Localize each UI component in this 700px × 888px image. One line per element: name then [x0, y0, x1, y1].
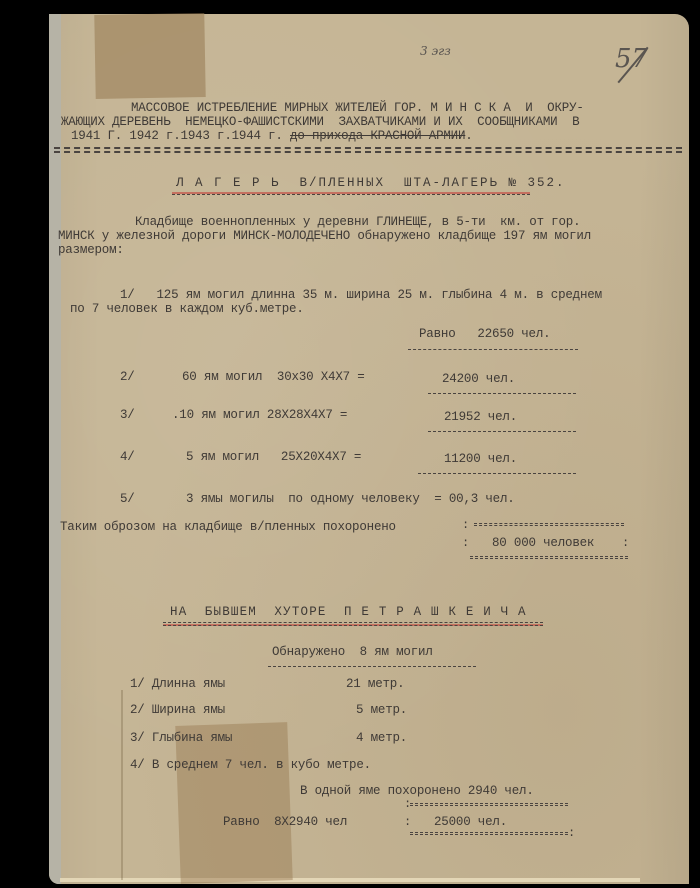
item1-result: Равно 22650 чел. — [419, 327, 550, 341]
equals-label: Равно 8Х2940 чел — [223, 815, 347, 829]
item1-line-2: по 7 человек в каждом куб.метре. — [70, 302, 304, 316]
total-box-bottom — [470, 556, 628, 559]
header-line-2: ЖАЮЩИХ ДЕРЕВЕНЬ НЕМЕЦКО-ФАШИСТСКИМИ ЗАХВ… — [61, 115, 579, 129]
per-pit-line: В одной яме похоронено 2940 чел. — [300, 784, 534, 798]
page-bottom-edge — [60, 878, 640, 882]
intro-line-3: размером: — [58, 243, 124, 257]
density-line: 4/ В среднем 7 чел. в кубо метре. — [130, 758, 371, 772]
item2-result: 24200 чел. — [442, 372, 515, 386]
intro-line-2: МИНСК у железной дороги МИНСК-МОЛОДЕЧЕНО… — [58, 229, 591, 243]
box-top — [410, 803, 568, 806]
width-label: 2/ Ширина ямы — [130, 703, 225, 717]
box-bottom — [410, 832, 568, 835]
depth-label: 3/ Глыбина ямы — [130, 731, 232, 745]
item3-result: 21952 чел. — [444, 410, 517, 424]
pencil-note: 3 эгз — [420, 44, 451, 58]
length-value: 21 метр. — [346, 677, 404, 691]
tape-top — [94, 13, 205, 99]
intro-line-1: Кладбище военнопленных у деревни ГЛИНЕЩЕ… — [135, 215, 580, 229]
length-label: 1/ Длинна ямы — [130, 677, 225, 691]
item2-num: 2/ — [120, 370, 135, 384]
box-colon: : — [462, 536, 469, 550]
item1-line-1: 1/ 125 ям могил длинна 35 м. ширина 25 м… — [120, 288, 602, 302]
subtitle-underline — [268, 666, 476, 667]
header-double-rule — [54, 147, 682, 153]
equals-value: 25000 чел. — [434, 815, 507, 829]
result-underline — [418, 473, 576, 474]
item3-text: .10 ям могил 28Х28Х4Х7 = — [172, 408, 347, 422]
header-line-1: МАССОВОЕ ИСТРЕБЛЕНИЕ МИРНЫХ ЖИТЕЛЕЙ ГОР.… — [131, 101, 584, 115]
box-colon: : — [568, 826, 575, 840]
item5-num: 5/ — [120, 492, 135, 506]
total-label: Таким оброзом на кладбище в/пленных похо… — [60, 520, 396, 534]
section1-title: Л А Г Е Р Ь В/ПЛЕННЫХ ШТА-ЛАГЕРЬ № 352. — [176, 176, 566, 190]
item2-text: 60 ям могил 30х30 Х4Х7 = — [182, 370, 365, 384]
depth-value: 4 метр. — [356, 731, 407, 745]
item4-text: 5 ям могил 25Х20Х4Х7 = — [186, 450, 361, 464]
item5-text: 3 ямы могилы по одному человеку = 00,3 ч… — [186, 492, 515, 506]
item4-num: 4/ — [120, 450, 135, 464]
header-line-3: 1941 Г. 1942 г.1943 г.1944 г. до прихода… — [71, 129, 473, 143]
title-underline — [172, 194, 530, 195]
page-number: 57 — [615, 44, 648, 74]
box-colon: : — [404, 815, 411, 829]
result-underline — [428, 393, 576, 394]
box-colon: : — [462, 518, 469, 532]
box-colon: : — [622, 536, 629, 550]
tape-bottom — [175, 722, 292, 884]
item3-num: 3/ — [120, 408, 135, 422]
paper-crease — [121, 690, 123, 880]
title-double-rule — [163, 622, 543, 626]
result-underline — [408, 349, 578, 350]
page-edge — [49, 14, 61, 884]
total-box-top — [474, 523, 624, 526]
width-value: 5 метр. — [356, 703, 407, 717]
item4-result: 11200 чел. — [444, 452, 517, 466]
result-underline — [428, 431, 576, 432]
pits-found: Обнаружено 8 ям могил — [272, 645, 433, 659]
total-value: 80 000 человек — [492, 536, 594, 550]
document-page — [49, 14, 689, 884]
section2-title: НА БЫВШЕМ ХУТОРЕ П Е Т Р А Ш К Е И Ч А — [170, 605, 527, 619]
